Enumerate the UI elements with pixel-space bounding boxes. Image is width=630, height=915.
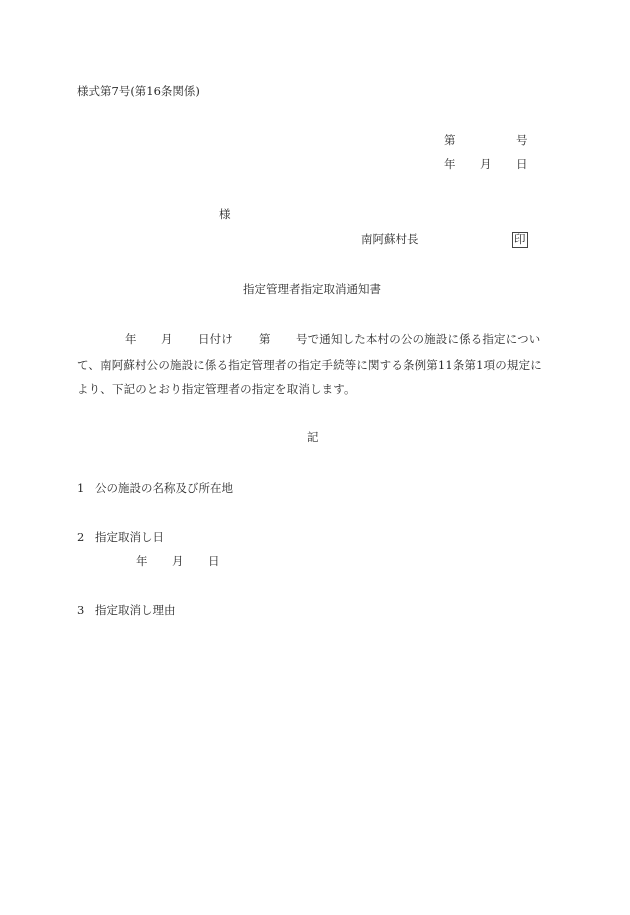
item-3-number: 3 <box>77 605 84 617</box>
date-month: 月 <box>480 159 492 171</box>
document-title: 指定管理者指定取消通知書 <box>243 284 381 296</box>
item-1-number: 1 <box>77 483 84 495</box>
item-3-label: 指定取消し理由 <box>95 605 176 617</box>
item-2-number: 2 <box>77 532 84 544</box>
body-line1-rest: 号で通知した本村の公の施設に係る指定につい <box>296 334 540 346</box>
ki-heading: 記 <box>307 432 319 444</box>
issuer-name: 南阿蘇村長 <box>361 234 419 246</box>
body-dai: 第 <box>259 334 271 346</box>
seal-icon: 印 <box>512 232 528 248</box>
item-2-date-month: 月 <box>172 556 184 568</box>
item-2-date-day: 日 <box>208 556 220 568</box>
body-line-3: より、下記のとおり指定管理者の指定を取消します。 <box>77 384 553 396</box>
item-1-label: 公の施設の名称及び所在地 <box>95 483 233 495</box>
addressee-suffix: 様 <box>219 209 231 221</box>
reference-dai: 第 <box>444 135 456 147</box>
reference-go: 号 <box>516 135 528 147</box>
item-2-label: 指定取消し日 <box>95 532 164 544</box>
body-day-dated: 日付け <box>198 334 233 346</box>
date-year: 年 <box>444 159 456 171</box>
body-year: 年 <box>125 334 137 346</box>
form-label: 様式第7号(第16条関係) <box>77 86 200 98</box>
seal-mark: 印 <box>512 232 528 248</box>
body-month: 月 <box>161 334 173 346</box>
date-day: 日 <box>516 159 528 171</box>
body-line-2: て、南阿蘇村公の施設に係る指定管理者の指定手続等に関する条例第11条第1項の規定… <box>77 360 553 372</box>
item-2-date-year: 年 <box>136 556 148 568</box>
